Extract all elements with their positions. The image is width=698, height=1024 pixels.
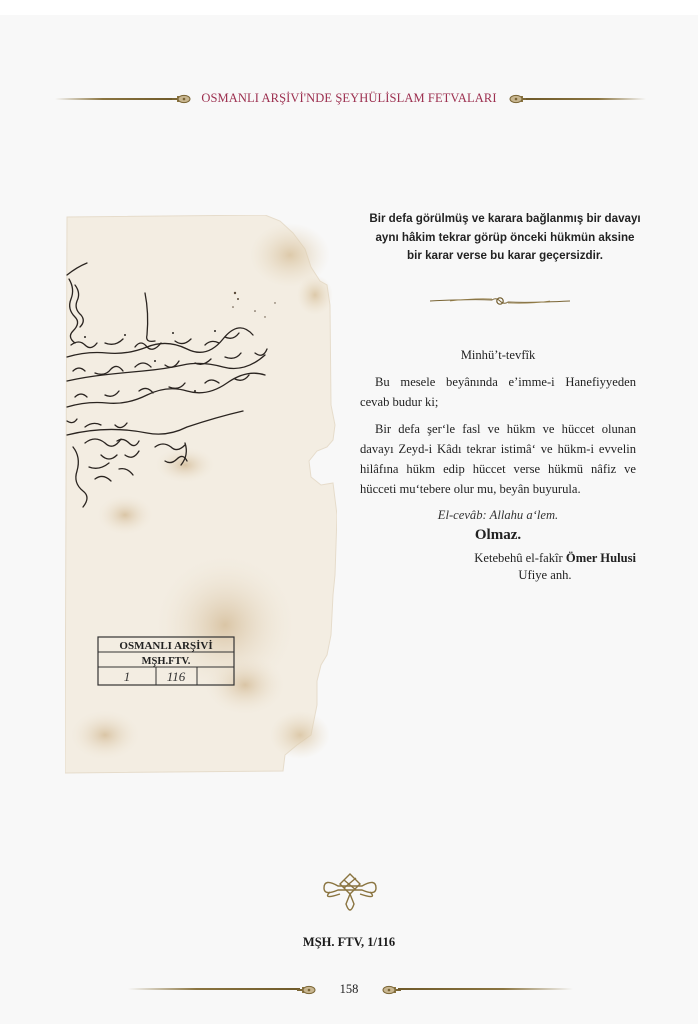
summary-line: Bir defa görülmüş ve karara bağlanmış bi… (345, 210, 665, 229)
stamp-line1: OSMANLI ARŞİVİ (119, 640, 212, 652)
signature-prefix: Ketebehû el-fakîr (474, 551, 562, 565)
stamp-cell2: 116 (167, 669, 186, 684)
stamp-line2: MŞH.FTV. (142, 656, 191, 667)
opening-formula: Minhü’t-tevfîk (360, 345, 636, 365)
answer-intro: El-cevâb: Allahu a‘lem. (360, 505, 636, 525)
archive-reference: MŞH. FTV, 1/116 (0, 935, 698, 950)
stamp-cell1: 1 (124, 669, 131, 684)
running-header: OSMANLI ARŞİVİ'NDE ŞEYHÜLİSLAM FETVALARI (0, 91, 698, 107)
answer: Olmaz. (360, 525, 636, 545)
question-paragraph: Bir defa şer‘le fasl ve hükm ve hüccet o… (360, 419, 636, 499)
page-footer: 158 (0, 981, 698, 999)
manuscript-scan: OSMANLI ARŞİVİ MŞH.FTV. 1 116 (65, 215, 337, 775)
knot-ornament-icon (320, 872, 380, 918)
summary-line: aynı hâkim tekrar görüp önceki hükmün ak… (345, 229, 665, 248)
signature-name: Ömer Hulusi (566, 551, 636, 565)
header-rule-right (526, 98, 646, 100)
fatwa-text: Minhü’t-tevfîk Bu mesele beyânında e’imm… (360, 345, 636, 583)
divider-ornament-icon (430, 293, 570, 309)
fatwa-summary: Bir defa görülmüş ve karara bağlanmış bi… (345, 210, 665, 266)
signature: Ketebehû el-fakîr Ömer Hulusi (360, 549, 636, 567)
finial-ornament-icon (381, 984, 401, 996)
page-number: 158 (0, 982, 698, 997)
intro-paragraph: Bu mesele beyânında e’imme-i Hanefiyyede… (360, 372, 636, 412)
signature-suffix: Ufiye anh. (360, 567, 636, 583)
summary-line: bir karar verse bu karar geçersizdir. (345, 247, 665, 266)
footer-rule-right (398, 988, 573, 990)
finial-ornament-icon (508, 93, 528, 105)
